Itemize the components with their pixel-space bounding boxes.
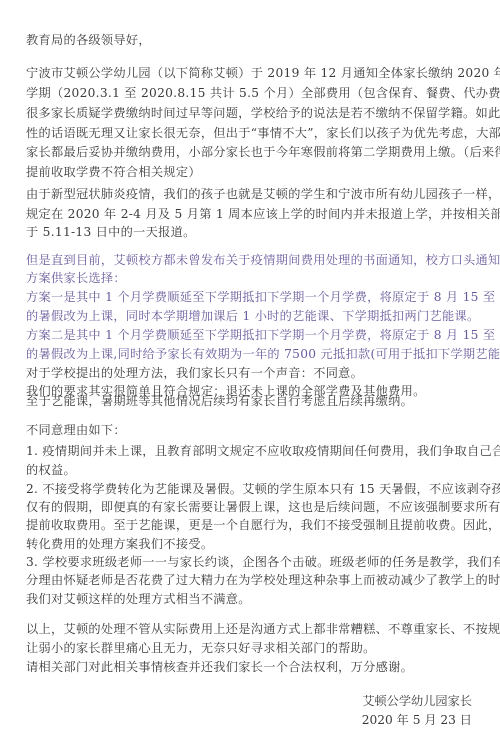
reason-line: 3. 学校要求班级老师一一与家长约谈，企图各个击破。班级老师的任务是教学，我们有…: [26, 553, 500, 571]
reason-line: 仅有的假期，即便真的有家长需要让暑假上课，这也是后续问题，不应该强制要求所有人且: [26, 498, 500, 516]
reasons-heading: 不同意理由如下：: [26, 421, 126, 439]
signature-name: 艾顿公学幼儿园家长: [362, 692, 472, 709]
reason-line: 1. 疫情期间并未上课，且教育部明文规定不应收取疫情期间任何费用，我们争取自己合…: [26, 442, 500, 460]
option2-line: 方案二是其中 1 个月学费顺延至下学期抵扣下学期一个月学费，将原定于 8 月 1…: [26, 326, 500, 344]
para2-line: 于 5.11-13 日中的一天报道。: [26, 223, 196, 241]
para1-line: 家长都最后妥协并缴纳费用，小部分家长也于今年寒假前将第二学期费用上缴。（后来得知: [26, 143, 500, 161]
reason-line: 分理由怀疑老师是否花费了过大精力在为学校处理这种杂事上而被动减少了教学上的时间，: [26, 571, 500, 589]
reason-line: 提前收取费用。至于艺能课，更是一个自愿行为，我们不接受强制且提前收费。因此，学校: [26, 516, 500, 534]
reason-line: 我们对艾顿这样的处理方式相当不满意。: [26, 590, 251, 608]
reason-line: 2. 不接受将学费转化为艺能课及暑假。艾顿的学生原本只有 15 天暑假，不应该剥…: [26, 480, 500, 498]
closing-line: 让弱小的家长群里痛心且无力，无奈只好寻求相关部门的帮助。: [26, 639, 376, 657]
para3-line: 但是直到目前，艾顿校方都未曾发布关于疫情期间费用处理的书面通知，校方口头通知两个: [26, 251, 500, 269]
response-line: 至于艺能课，暑期班等其他情况后续均有家长自行考虑且后续再缴纳。: [26, 392, 413, 410]
para1-line: 学期（2020.3.1 至 2020.8.15 共计 5.5 个月）全部费用（包…: [26, 84, 500, 102]
option1-line: 方案一是其中 1 个月学费顺延至下学期抵扣下学期一个月学费，将原定于 8 月 1…: [26, 288, 500, 306]
para2-line: 由于新型冠状肺炎疫情，我们的孩子也就是艾顿的学生和宁波市所有幼儿园孩子一样，根据: [26, 185, 500, 203]
para1-line: 宁波市艾顿公学幼儿园（以下简称艾顿）于 2019 年 12 月通知全体家长缴纳 …: [26, 64, 500, 82]
reason-line: 的权益。: [26, 461, 76, 479]
closing-line: 请相关部门对此相关事情核查并还我们家长一个合法权利，万分感谢。: [26, 658, 413, 676]
signature-date: 2020 年 5 月 23 日: [362, 711, 472, 728]
greeting: 教育局的各级领导好，: [26, 31, 151, 49]
response-line: 对于学校提出的处理方法，我们家长只有一个声音：不同意。: [26, 364, 363, 382]
para1-line: 性的话语既无理又让家长很无奈，但出于“事情不大”，家长们以孩子为优先考虑，大部分: [26, 124, 500, 142]
reason-line: 转化费用的处理方案我们不接受。: [26, 535, 213, 553]
para1-line: 提前收取学费不符合相关规定）: [26, 163, 201, 181]
para3-line: 方案供家长选择：: [26, 269, 126, 287]
option1-line: 的暑假改为上课，同时本学期增加课后 1 小时的艺能课、下学期抵扣两门艺能课。: [26, 307, 479, 325]
closing-line: 以上，艾顿的处理不管从实际费用上还是沟通方式上都非常糟糕、不尊重家长、不按规定，: [26, 620, 500, 638]
para1-line: 很多家长质疑学费缴纳时间过早等问题，学校给予的说法是若不缴纳不保留学籍。如此威胁: [26, 104, 500, 122]
para2-line: 规定在 2020 年 2-4 月及 5 月第 1 周本应该上学的时间内并未报道上…: [26, 205, 500, 223]
option2-line: 的暑假改为上课,同时给予家长有效期为一年的 7500 元抵扣款(可用于抵扣下学期…: [26, 345, 500, 363]
